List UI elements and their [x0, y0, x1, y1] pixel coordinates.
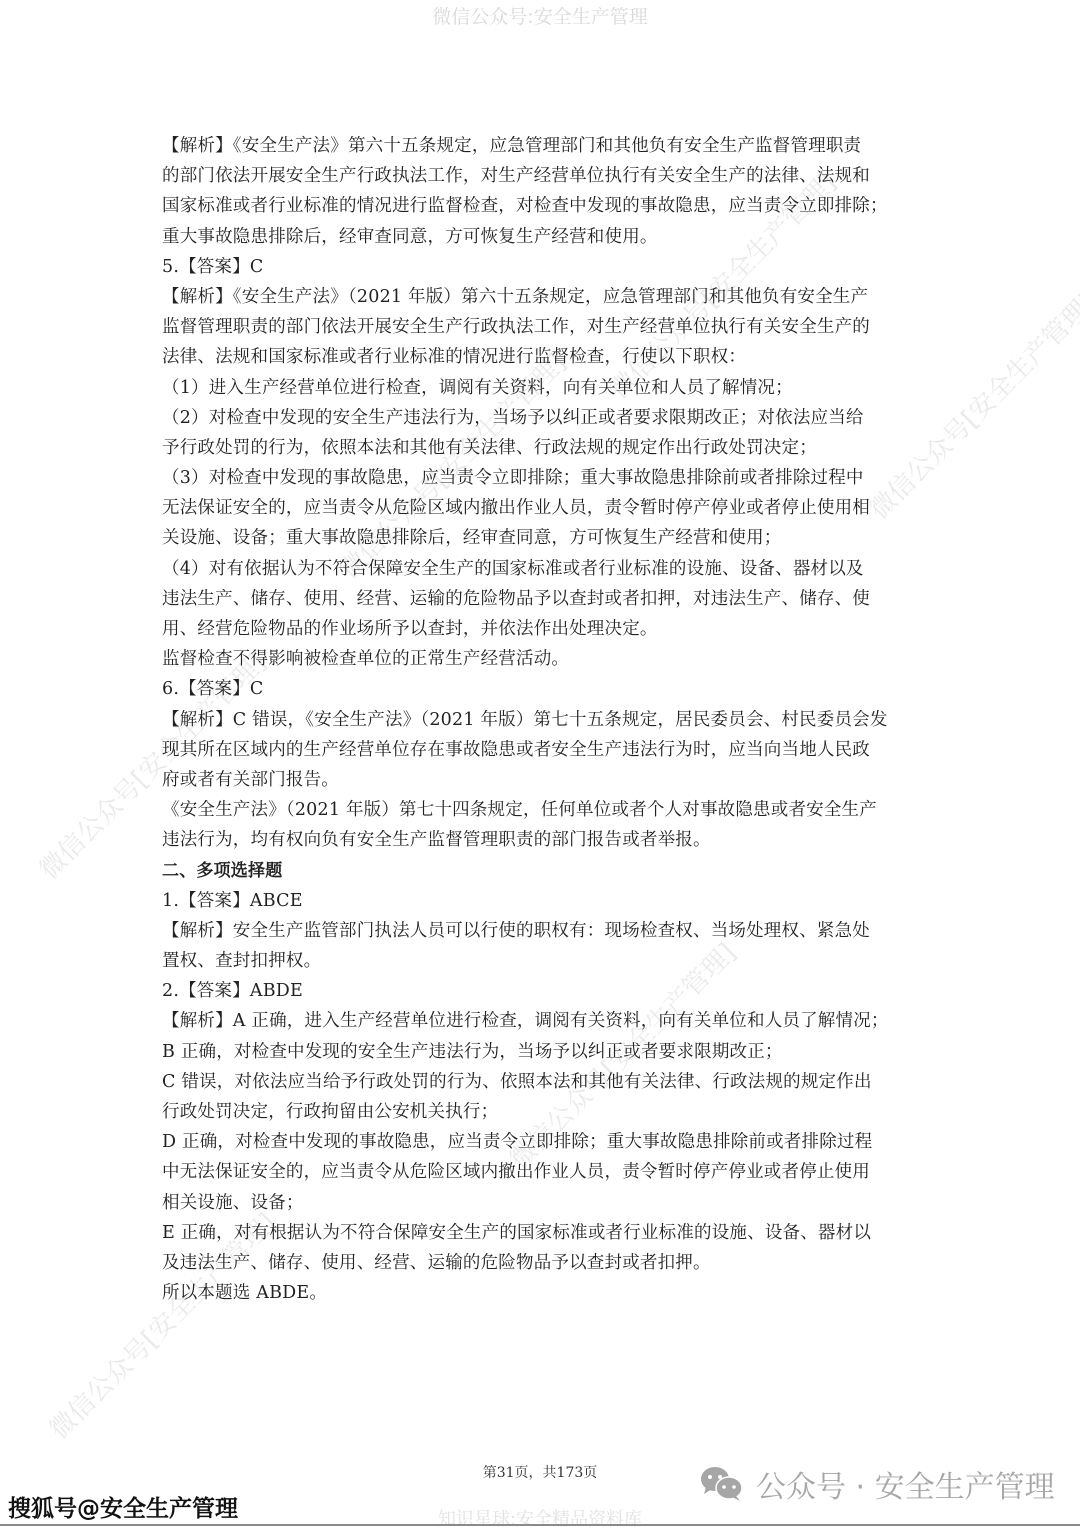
text-line: D 正确，对检查中发现的事故隐患，应当责令立即排除；重大事故隐患排除前或者排除过…	[162, 1127, 922, 1157]
text-line: 违法生产、储存、使用、经营、运输的危险物品予以查封或者扣押，对违法生产、储存、使	[162, 584, 922, 614]
answer-line: 2.【答案】ABDE	[162, 976, 922, 1006]
text-line: 置权、查封扣押权。	[162, 946, 922, 976]
text-line: E 正确，对有根据认为不符合保障安全生产的国家标准或者行业标准的设施、设备、器材…	[162, 1218, 922, 1248]
text-line: 法律、法规和国家标准或者行业标准的情况进行监督检查，行使以下职权：	[162, 342, 922, 372]
text-line: C 错误，对依法应当给予行政处罚的行为、依照本法和其他有关法律、行政法规的规定作…	[162, 1067, 922, 1097]
answer-line: 6.【答案】C	[162, 674, 922, 704]
text-line: 监督管理职责的部门依法开展安全生产行政执法工作，对生产经营单位执行有关安全生产的	[162, 312, 922, 342]
top-watermark: 微信公众号:安全生产管理	[0, 2, 1080, 29]
text-line: （4）对有依据认为不符合保障安全生产的国家标准或者行业标准的设施、设备、器材以及	[162, 554, 922, 584]
text-line: 现其所在区域内的生产经营单位存在事故隐患或者安全生产违法行为时，应当向当地人民政	[162, 735, 922, 765]
text-line: 府或者有关部门报告。	[162, 765, 922, 795]
section-heading: 二、多项选择题	[162, 856, 922, 886]
text-line: 国家标准或者行业标准的情况进行监督检查，对检查中发现的事故隐患，应当责令立即排除…	[162, 191, 922, 221]
text-line: 相关设施、设备；	[162, 1188, 922, 1218]
text-line: 《安全生产法》（2021 年版）第七十四条规定，任何单位或者个人对事故隐患或者安…	[162, 795, 922, 825]
text-line: 重大事故隐患排除后，经审查同意，方可恢复生产经营和使用。	[162, 222, 922, 252]
text-line: 【解析】C 错误，《安全生产法》（2021 年版）第七十五条规定，居民委员会、村…	[162, 705, 922, 735]
answer-line: 1.【答案】ABCE	[162, 886, 922, 916]
text-line: 【解析】A 正确，进入生产经营单位进行检查，调阅有关资料，向有关单位和人员了解情…	[162, 1006, 922, 1036]
text-line: 监督检查不得影响被检查单位的正常生产经营活动。	[162, 644, 922, 674]
bottom-divider	[0, 1524, 1080, 1526]
text-line: 及违法生产、储存、使用、经营、运输的危险物品予以查封或者扣押。	[162, 1248, 922, 1278]
wechat-icon	[700, 1466, 744, 1502]
document-body: 【解析】《安全生产法》第六十五条规定，应急管理部门和其他负有安全生产监督管理职责…	[162, 131, 922, 1308]
text-line: 【解析】安全生产监管部门执法人员可以行使的职权有：现场检查权、当场处理权、紧急处	[162, 916, 922, 946]
text-line: 的部门依法开展安全生产行政执法工作，对生产经营单位执行有关安全生产的法律、法规和	[162, 161, 922, 191]
text-line: B 正确，对检查中发现的安全生产违法行为，当场予以纠正或者要求限期改正；	[162, 1037, 922, 1067]
text-line: （2）对检查中发现的安全生产违法行为，当场予以纠正或者要求限期改正；对依法应当给	[162, 403, 922, 433]
text-line: 行政处罚决定，行政拘留由公安机关执行；	[162, 1097, 922, 1127]
text-line: 【解析】《安全生产法》第六十五条规定，应急管理部门和其他负有安全生产监督管理职责	[162, 131, 922, 161]
text-line: （1）进入生产经营单位进行检查，调阅有关资料，向有关单位和人员了解情况；	[162, 373, 922, 403]
text-line: 中无法保证安全的，应当责令从危险区域内撤出作业人员，责令暂时停产停业或者停止使用	[162, 1157, 922, 1187]
text-line: 关设施、设备；重大事故隐患排除后，经审查同意，方可恢复生产经营和使用；	[162, 523, 922, 553]
text-line: 予行政处罚的行为，依照本法和其他有关法律、行政法规的规定作出行政处罚决定；	[162, 433, 922, 463]
wechat-account-label: 公众号 · 安全生产管理	[700, 1462, 1055, 1506]
answer-line: 5.【答案】C	[162, 252, 922, 282]
wechat-account-text: 公众号 · 安全生产管理	[756, 1462, 1055, 1506]
text-line: 违法行为，均有权向负有安全生产监督管理职责的部门报告或者举报。	[162, 825, 922, 855]
text-line: 【解析】《安全生产法》（2021 年版）第六十五条规定，应急管理部门和其他负有安…	[162, 282, 922, 312]
text-line: 所以本题选 ABDE。	[162, 1278, 922, 1308]
text-line: 用、经营危险物品的作业场所予以查封，并依法作出处理决定。	[162, 614, 922, 644]
text-line: （3）对检查中发现的事故隐患，应当责令立即排除；重大事故隐患排除前或者排除过程中	[162, 463, 922, 493]
text-line: 无法保证安全的，应当责令从危险区域内撤出作业人员，责令暂时停产停业或者停止使用相	[162, 493, 922, 523]
